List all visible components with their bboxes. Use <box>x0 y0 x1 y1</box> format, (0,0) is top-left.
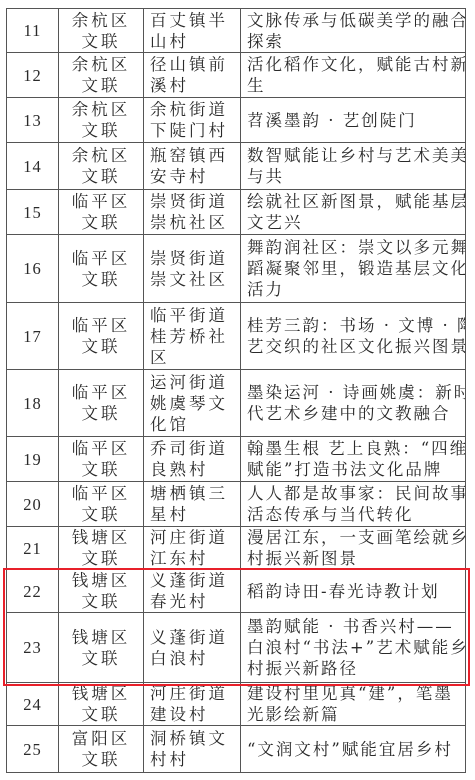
organization-cell-line: 临平区 <box>62 191 140 212</box>
location-cell-line: 姚虞琴文 <box>150 393 237 414</box>
project-title-cell-line: 人人都是故事家：民间故事 <box>247 483 462 504</box>
table-row: 23钱塘区文联义蓬街道白浪村墨韵赋能 · 书香兴村——白浪村“书法+”艺术赋能乡… <box>7 613 466 683</box>
organization-cell: 余杭区文联 <box>59 143 144 190</box>
location-cell-line: 义蓬街道 <box>150 570 237 591</box>
location-cell-line: 良熟村 <box>150 459 237 480</box>
project-title-cell: “文润文村”赋能宜居乡村 <box>241 726 466 773</box>
location-cell-line: 下陡门村 <box>150 120 237 141</box>
organization-cell-line: 文联 <box>62 548 140 569</box>
project-title-cell: 苕溪墨韵 · 艺创陡门 <box>241 98 466 143</box>
location-cell-line: 安寺村 <box>150 166 237 187</box>
location-cell-line: 崇贤街道 <box>150 191 237 212</box>
location-cell-line: 溪村 <box>150 75 237 96</box>
project-title-cell: 数智赋能让乡村与艺术美美与共 <box>241 143 466 190</box>
project-title-cell: 文脉传承与低碳美学的融合探索 <box>241 9 466 53</box>
project-title-cell: 稻韵诗田-春光诗教计划 <box>241 570 466 613</box>
location-cell: 瓶窑镇西安寺村 <box>144 143 241 190</box>
organization-cell-line: 临平区 <box>62 315 140 336</box>
organization-cell: 临平区文联 <box>59 370 144 437</box>
organization-cell-line: 文联 <box>62 403 140 424</box>
project-title-cell-line: 光影绘新篇 <box>247 704 462 725</box>
organization-cell: 钱塘区文联 <box>59 683 144 726</box>
table-row: 13余杭区文联余杭街道下陡门村苕溪墨韵 · 艺创陡门 <box>7 98 466 143</box>
project-title-cell-line: 桂芳三韵：书场 · 文博 · 陶 <box>247 315 462 336</box>
project-title-cell: 活化稻作文化，赋能古村新生 <box>241 53 466 98</box>
location-cell: 乔司街道良熟村 <box>144 437 241 482</box>
organization-cell-line: 余杭区 <box>62 145 140 166</box>
project-title-cell-line: 墨染运河 · 诗画姚虞：新时 <box>247 382 462 403</box>
project-title-cell: 舞韵润社区：崇文以多元舞蹈凝聚邻里，锻造基层文化活力 <box>241 235 466 303</box>
project-title-cell-line: 数智赋能让乡村与艺术美美 <box>247 145 462 166</box>
organization-cell: 临平区文联 <box>59 303 144 370</box>
organization-cell-line: 文联 <box>62 749 140 770</box>
table-row: 14余杭区文联瓶窑镇西安寺村数智赋能让乡村与艺术美美与共 <box>7 143 466 190</box>
location-cell-line: 运河街道 <box>150 372 237 393</box>
project-title-cell-line: 墨韵赋能 · 书香兴村—— <box>247 616 462 637</box>
organization-cell-line: 文联 <box>62 504 140 525</box>
organization-cell: 钱塘区文联 <box>59 527 144 570</box>
project-title-cell-line: 活态传承与当代转化 <box>247 504 462 525</box>
project-title-cell: 桂芳三韵：书场 · 文博 · 陶艺交织的社区文化振兴图景 <box>241 303 466 370</box>
project-title-cell-line: 翰墨生根 艺上良熟：“四维 <box>247 438 462 459</box>
row-number-cell: 24 <box>7 683 59 726</box>
organization-cell-line: 文联 <box>62 459 140 480</box>
location-cell: 洞桥镇文村村 <box>144 726 241 773</box>
project-title-cell-line: 苕溪墨韵 · 艺创陡门 <box>247 110 462 131</box>
location-cell-line: 洞桥镇文 <box>150 728 237 749</box>
table-row: 20临平区文联塘栖镇三星村人人都是故事家：民间故事活态传承与当代转化 <box>7 482 466 527</box>
project-title-cell-line: 村振兴新图景 <box>247 548 462 569</box>
organization-cell-line: 临平区 <box>62 382 140 403</box>
project-title-cell: 漫居江东，一支画笔绘就乡村振兴新图景 <box>241 527 466 570</box>
row-number-cell: 19 <box>7 437 59 482</box>
organization-cell-line: 文联 <box>62 120 140 141</box>
location-cell-line: 春光村 <box>150 591 237 612</box>
location-cell: 运河街道姚虞琴文化馆 <box>144 370 241 437</box>
project-title-cell-line: 活化稻作文化，赋能古村新 <box>247 54 462 75</box>
organization-cell: 富阳区文联 <box>59 726 144 773</box>
project-title-cell-line: 代艺术乡建中的文教融合 <box>247 403 462 424</box>
location-cell-line: 区 <box>150 347 237 368</box>
project-title-cell-line: 白浪村“书法+”艺术赋能乡 <box>247 637 462 658</box>
organization-cell-line: 文联 <box>62 269 140 290</box>
row-number-cell: 18 <box>7 370 59 437</box>
organization-cell-line: 文联 <box>62 75 140 96</box>
row-number-cell: 13 <box>7 98 59 143</box>
organization-cell-line: 余杭区 <box>62 10 140 31</box>
table-row: 25富阳区文联洞桥镇文村村“文润文村”赋能宜居乡村 <box>7 726 466 773</box>
project-title-cell: 绘就社区新图景，赋能基层文艺兴 <box>241 190 466 235</box>
project-title-cell-line: 村振兴新路径 <box>247 658 462 679</box>
project-title-cell: 翰墨生根 艺上良熟：“四维赋能”打造书法文化品牌 <box>241 437 466 482</box>
location-cell-line: 山村 <box>150 31 237 52</box>
organization-cell: 临平区文联 <box>59 482 144 527</box>
project-title-cell-line: 蹈凝聚邻里，锻造基层文化 <box>247 258 462 279</box>
organization-cell-line: 钱塘区 <box>62 683 140 704</box>
row-number-cell: 25 <box>7 726 59 773</box>
location-cell-line: 崇文社区 <box>150 269 237 290</box>
project-title-cell-line: 稻韵诗田-春光诗教计划 <box>247 581 462 602</box>
project-title-cell-line: 文脉传承与低碳美学的融合 <box>247 10 462 31</box>
organization-cell-line: 临平区 <box>62 483 140 504</box>
organization-cell-line: 余杭区 <box>62 99 140 120</box>
row-number-cell: 15 <box>7 190 59 235</box>
project-title-cell-line: 文艺兴 <box>247 212 462 233</box>
location-cell-line: 村村 <box>150 749 237 770</box>
project-title-cell: 墨韵赋能 · 书香兴村——白浪村“书法+”艺术赋能乡村振兴新路径 <box>241 613 466 683</box>
location-cell-line: 塘栖镇三 <box>150 483 237 504</box>
location-cell-line: 径山镇前 <box>150 54 237 75</box>
row-number-cell: 12 <box>7 53 59 98</box>
location-cell: 崇贤街道崇杭社区 <box>144 190 241 235</box>
table-row: 17临平区文联临平街道桂芳桥社区桂芳三韵：书场 · 文博 · 陶艺交织的社区文化… <box>7 303 466 370</box>
organization-cell: 临平区文联 <box>59 190 144 235</box>
location-cell-line: 桂芳桥社 <box>150 326 237 347</box>
organization-cell-line: 余杭区 <box>62 54 140 75</box>
row-number-cell: 17 <box>7 303 59 370</box>
project-title-cell-line: “文润文村”赋能宜居乡村 <box>247 739 462 760</box>
organization-cell-line: 文联 <box>62 648 140 669</box>
organization-cell-line: 临平区 <box>62 248 140 269</box>
location-cell-line: 瓶窑镇西 <box>150 145 237 166</box>
project-title-cell: 建设村里见真“建”，笔墨光影绘新篇 <box>241 683 466 726</box>
location-cell: 义蓬街道春光村 <box>144 570 241 613</box>
location-cell-line: 余杭街道 <box>150 99 237 120</box>
project-title-cell-line: 生 <box>247 75 462 96</box>
table-row: 21钱塘区文联河庄街道江东村漫居江东，一支画笔绘就乡村振兴新图景 <box>7 527 466 570</box>
project-title-cell: 墨染运河 · 诗画姚虞：新时代艺术乡建中的文教融合 <box>241 370 466 437</box>
organization-cell: 钱塘区文联 <box>59 570 144 613</box>
organization-cell-line: 钱塘区 <box>62 627 140 648</box>
location-cell: 余杭街道下陡门村 <box>144 98 241 143</box>
organization-cell-line: 文联 <box>62 336 140 357</box>
project-title-cell: 人人都是故事家：民间故事活态传承与当代转化 <box>241 482 466 527</box>
location-cell-line: 义蓬街道 <box>150 627 237 648</box>
row-number-cell: 21 <box>7 527 59 570</box>
project-title-cell-line: 舞韵润社区：崇文以多元舞 <box>247 237 462 258</box>
organization-cell-line: 富阳区 <box>62 728 140 749</box>
location-cell-line: 崇贤街道 <box>150 248 237 269</box>
organization-cell-line: 文联 <box>62 212 140 233</box>
project-title-cell-line: 赋能”打造书法文化品牌 <box>247 459 462 480</box>
organization-cell: 余杭区文联 <box>59 98 144 143</box>
location-cell-line: 江东村 <box>150 548 237 569</box>
project-title-cell-line: 绘就社区新图景，赋能基层 <box>247 191 462 212</box>
table-row: 11余杭区文联百丈镇半山村文脉传承与低碳美学的融合探索 <box>7 9 466 53</box>
project-table: 11余杭区文联百丈镇半山村文脉传承与低碳美学的融合探索12余杭区文联径山镇前溪村… <box>6 8 466 773</box>
project-title-cell-line: 建设村里见真“建”，笔墨 <box>247 683 462 704</box>
row-number-cell: 20 <box>7 482 59 527</box>
row-number-cell: 11 <box>7 9 59 53</box>
location-cell: 塘栖镇三星村 <box>144 482 241 527</box>
location-cell: 临平街道桂芳桥社区 <box>144 303 241 370</box>
row-number-cell: 23 <box>7 613 59 683</box>
project-title-cell-line: 漫居江东，一支画笔绘就乡 <box>247 527 462 548</box>
organization-cell-line: 钱塘区 <box>62 570 140 591</box>
location-cell-line: 乔司街道 <box>150 438 237 459</box>
table-row: 19临平区文联乔司街道良熟村翰墨生根 艺上良熟：“四维赋能”打造书法文化品牌 <box>7 437 466 482</box>
location-cell-line: 临平街道 <box>150 305 237 326</box>
organization-cell-line: 钱塘区 <box>62 527 140 548</box>
organization-cell: 余杭区文联 <box>59 53 144 98</box>
location-cell-line: 建设村 <box>150 704 237 725</box>
table-row: 22钱塘区文联义蓬街道春光村稻韵诗田-春光诗教计划 <box>7 570 466 613</box>
location-cell: 河庄街道江东村 <box>144 527 241 570</box>
project-title-cell-line: 与共 <box>247 166 462 187</box>
location-cell-line: 化馆 <box>150 414 237 435</box>
row-number-cell: 22 <box>7 570 59 613</box>
location-cell: 义蓬街道白浪村 <box>144 613 241 683</box>
location-cell-line: 河庄街道 <box>150 527 237 548</box>
organization-cell: 钱塘区文联 <box>59 613 144 683</box>
project-title-cell-line: 艺交织的社区文化振兴图景 <box>247 336 462 357</box>
location-cell: 河庄街道建设村 <box>144 683 241 726</box>
table-row: 24钱塘区文联河庄街道建设村建设村里见真“建”，笔墨光影绘新篇 <box>7 683 466 726</box>
location-cell: 径山镇前溪村 <box>144 53 241 98</box>
location-cell: 百丈镇半山村 <box>144 9 241 53</box>
table-row: 16临平区文联崇贤街道崇文社区舞韵润社区：崇文以多元舞蹈凝聚邻里，锻造基层文化活… <box>7 235 466 303</box>
row-number-cell: 14 <box>7 143 59 190</box>
location-cell-line: 白浪村 <box>150 648 237 669</box>
project-table-body: 11余杭区文联百丈镇半山村文脉传承与低碳美学的融合探索12余杭区文联径山镇前溪村… <box>7 9 466 773</box>
organization-cell: 余杭区文联 <box>59 9 144 53</box>
location-cell-line: 百丈镇半 <box>150 10 237 31</box>
project-title-cell-line: 活力 <box>247 279 462 300</box>
organization-cell: 临平区文联 <box>59 235 144 303</box>
table-row: 12余杭区文联径山镇前溪村活化稻作文化，赋能古村新生 <box>7 53 466 98</box>
location-cell-line: 河庄街道 <box>150 683 237 704</box>
organization-cell-line: 文联 <box>62 704 140 725</box>
organization-cell-line: 文联 <box>62 591 140 612</box>
location-cell: 崇贤街道崇文社区 <box>144 235 241 303</box>
organization-cell-line: 临平区 <box>62 438 140 459</box>
location-cell-line: 崇杭社区 <box>150 212 237 233</box>
organization-cell: 临平区文联 <box>59 437 144 482</box>
table-row: 15临平区文联崇贤街道崇杭社区绘就社区新图景，赋能基层文艺兴 <box>7 190 466 235</box>
organization-cell-line: 文联 <box>62 31 140 52</box>
project-title-cell-line: 探索 <box>247 31 462 52</box>
table-row: 18临平区文联运河街道姚虞琴文化馆墨染运河 · 诗画姚虞：新时代艺术乡建中的文教… <box>7 370 466 437</box>
location-cell-line: 星村 <box>150 504 237 525</box>
organization-cell-line: 文联 <box>62 166 140 187</box>
row-number-cell: 16 <box>7 235 59 303</box>
